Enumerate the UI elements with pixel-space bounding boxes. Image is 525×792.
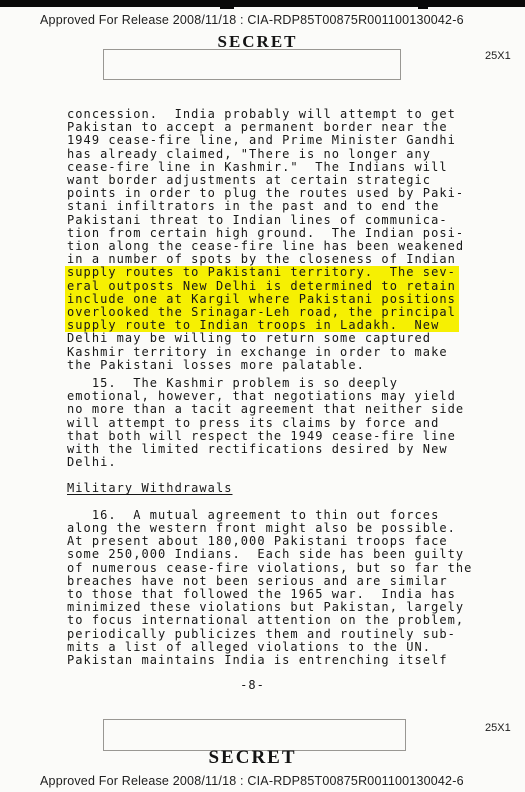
text-line: eral outposts New Delhi is determined to… <box>67 280 487 293</box>
body-text: of numerous cease-fire violations, but s… <box>67 561 472 575</box>
body-text: Delhi may be willing to return some capt… <box>67 331 431 345</box>
body-text: along the western front might also be po… <box>67 521 456 535</box>
document-page: Approved For Release 2008/11/18 : CIA-RD… <box>0 0 525 792</box>
text-line: Delhi. <box>67 456 487 469</box>
body-text: 16. A mutual agreement to thin out force… <box>67 508 439 522</box>
text-line: Pakistan maintains India is entrenching … <box>67 654 487 667</box>
body-text: that both will respect the 1949 cease-fi… <box>67 429 456 443</box>
body-text: Pakistani threat to Indian lines of comm… <box>67 213 448 227</box>
body-text: Delhi. <box>67 455 117 469</box>
body-text: points in order to plug the routes used … <box>67 186 464 200</box>
body-text: Kashmir territory in exchange in order t… <box>67 345 448 359</box>
scan-top-bar <box>0 0 525 7</box>
release-stamp-header: Approved For Release 2008/11/18 : CIA-RD… <box>40 13 464 27</box>
body-text: in a number of spots by the closeness of… <box>67 252 456 266</box>
text-line: with the limited rectifications desired … <box>67 443 487 456</box>
body-text: has already claimed, "There is no longer… <box>67 147 431 161</box>
release-stamp-footer: Approved For Release 2008/11/18 : CIA-RD… <box>40 774 464 788</box>
declass-code-top: 25X1 <box>485 50 511 62</box>
page-number: -8- <box>0 678 505 692</box>
section-heading: Military Withdrawals <box>67 482 487 495</box>
body-text: concession. India probably will attempt … <box>67 107 456 121</box>
body-text: mits a list of alleged violations to the… <box>67 640 431 654</box>
body-text: Pakistan to accept a permanent border ne… <box>67 120 448 134</box>
body-text: will attempt to press its claims by forc… <box>67 416 439 430</box>
redaction-box-top <box>103 49 401 80</box>
body-text: some 250,000 Indians. Each side has been… <box>67 547 464 561</box>
text-line: the Pakistani losses more palatable. <box>67 359 487 372</box>
highlighted-text: eral outposts New Delhi is determined to… <box>65 280 459 293</box>
body-text: breaches have not been serious and are s… <box>67 574 448 588</box>
text-line: supply routes to Pakistani territory. Th… <box>67 266 487 279</box>
body-text: periodically publicizes them and routine… <box>67 627 456 641</box>
body-text: to those that followed the 1965 war. Ind… <box>67 587 456 601</box>
classification-banner-bottom: SECRET <box>0 747 505 769</box>
body-text: want border adjustments at certain strat… <box>67 173 431 187</box>
body-text: with the limited rectifications desired … <box>67 442 448 456</box>
body-text: stani infiltrators in the past and to en… <box>67 199 439 213</box>
body-text: minimized these violations but Pakistan,… <box>67 600 464 614</box>
body-text: no more than a tacit agreement that neit… <box>67 402 464 416</box>
body-text: tion from certain high ground. The India… <box>67 226 464 240</box>
paragraph: 15. The Kashmir problem is so deeplyemot… <box>67 377 487 469</box>
body-text: At present about 180,000 Pakistani troop… <box>67 534 448 548</box>
declass-code-bottom: 25X1 <box>485 722 511 734</box>
body-text: to focus international attention on the … <box>67 613 464 627</box>
paragraph: concession. India probably will attempt … <box>67 108 487 372</box>
body-text: cease-fire line in Kashmir." The Indians… <box>67 160 448 174</box>
body-text: tion along the cease-fire line has been … <box>67 239 464 253</box>
document-body: concession. India probably will attempt … <box>67 108 487 667</box>
body-text: 1949 cease-fire line, and Prime Minister… <box>67 133 456 147</box>
body-text: 15. The Kashmir problem is so deeply <box>67 376 398 390</box>
paragraph: 16. A mutual agreement to thin out force… <box>67 509 487 667</box>
highlighted-text: supply routes to Pakistani territory. Th… <box>65 266 459 279</box>
body-text: Pakistan maintains India is entrenching … <box>67 653 448 667</box>
body-text: the Pakistani losses more palatable. <box>67 358 365 372</box>
body-text: emotional, however, that negotiations ma… <box>67 389 456 403</box>
